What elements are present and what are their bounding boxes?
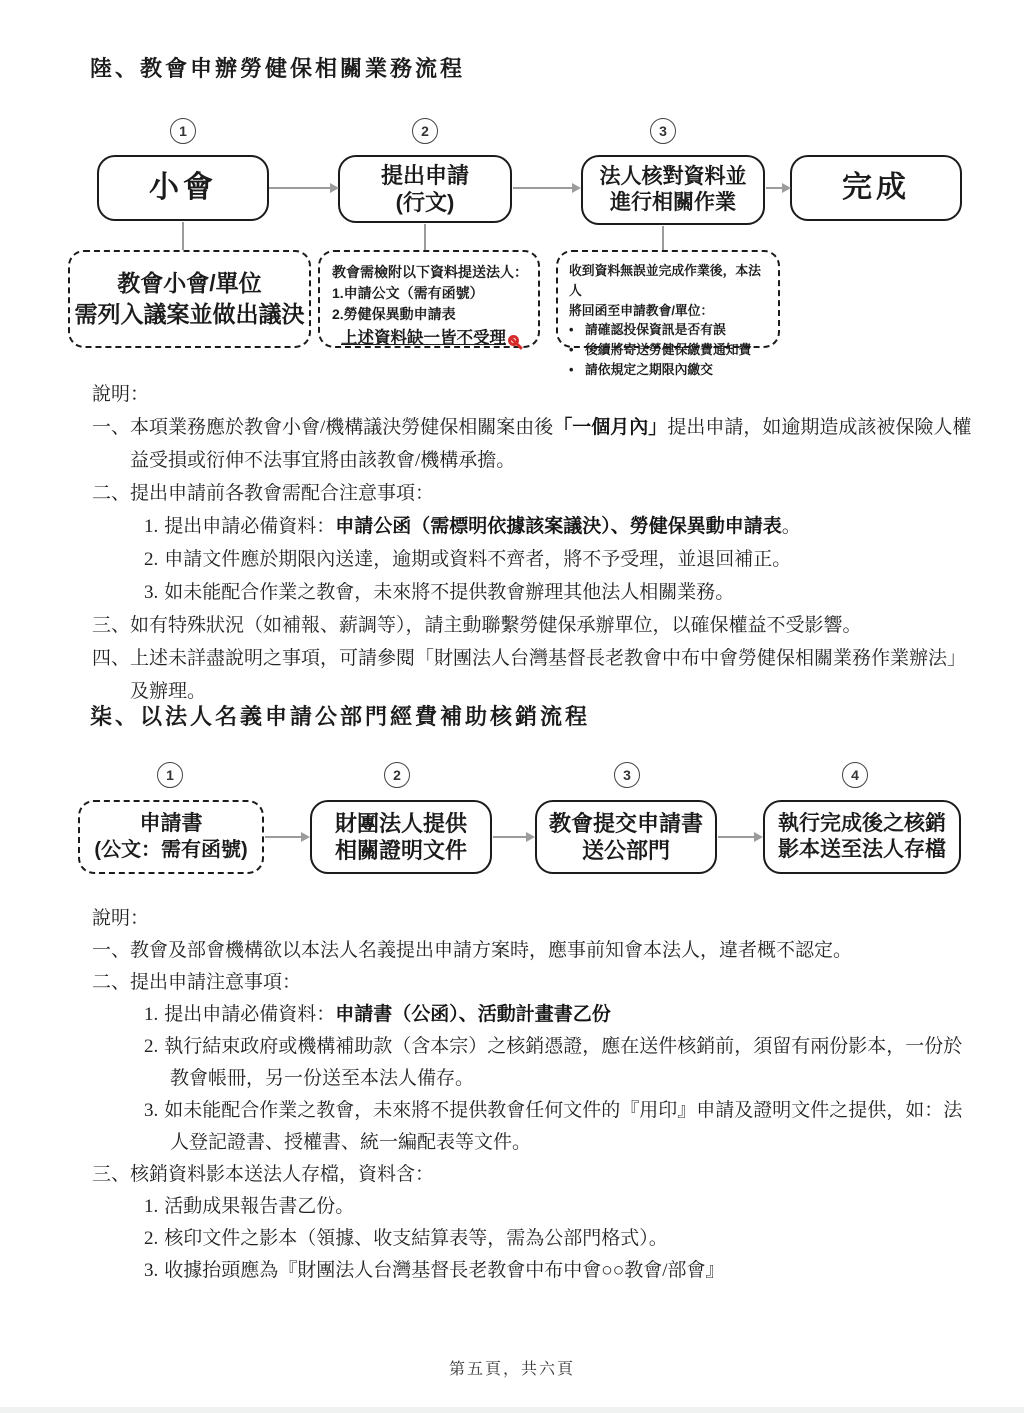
explain-item: 三、核銷資料影本送法人存檔，資料含： [92,1159,980,1191]
flow-step-box: 財團法人提供 相關證明文件 [310,800,492,874]
note-line: 教會小會/單位 [117,268,261,299]
flow-step-label: 教會提交申請書 [549,810,703,838]
explain-item: 一、本項業務應於教會小會/機構議決勞健保相關案由後「一個月內」提出申請，如逾期造… [92,411,980,477]
flow-step-box: 教會提交申請書 送公部門 [535,800,717,874]
flow-step-label: 申請書 [140,811,203,837]
explain-item: 四、上述未詳盡說明之事項，可請參閱「財團法人台灣基督長老教會中布中會勞健保相關業… [92,642,980,708]
flow-step-label: 小會 [149,169,217,207]
step-number-badge: 1 [157,762,183,788]
step-number-badge: 1 [170,118,196,144]
arrow-right-icon [718,836,761,838]
flow-step-box: 申請書 (公文：需有函號) [78,800,264,874]
page-number: 第五頁，共六頁 [0,1356,1024,1379]
arrow-right-icon [269,187,337,189]
flow-step-box: 法人核對資料並 進行相關作業 [581,155,765,225]
step-number-badge: 4 [842,762,868,788]
explain-item: 三、如有特殊狀況（如補報、薪調等），請主動聯繫勞健保承辦單位，以確保權益不受影響… [92,609,980,642]
explain-subitem: 1.活動成果報告書乙份。 [144,1191,980,1223]
explain-subitem: 3.收據抬頭應為『財團法人台灣基督長老教會中布中會○○教會/部會』 [144,1255,980,1287]
section2-heading: 柒、以法人名義申請公部門經費補助核銷流程 [90,700,590,731]
note-line: 需列入議案並做出議決 [75,299,305,330]
section1-explanation: 說明： 一、本項業務應於教會小會/機構議決勞健保相關案由後「一個月內」提出申請，… [92,378,980,708]
bullet-icon: • [569,340,585,360]
note-line: 2.勞健保異動申請表 [332,304,528,325]
flow-step-label: 進行相關作業 [610,190,736,216]
connector-line [424,224,426,251]
flow-step-box: 小會 [97,155,269,221]
flow-step-label: 相關證明文件 [335,837,467,865]
step-number-badge: 3 [614,762,640,788]
flow-step-label: 提出申請 [381,162,469,190]
explain-subitem: 2.核印文件之影本（領據、收支結算表等，需為公部門格式）。 [144,1223,980,1255]
flow-step-label: 財團法人提供 [335,810,467,838]
note-line: 1.申請公文（需有函號） [332,283,528,304]
flow-note-reply: 收到資料無誤並完成作業後，本法人 將回函至申請教會/單位： •請確認投保資訊是否… [556,250,780,348]
flow-step-box: 完成 [790,155,962,221]
flowchart-subsidy-reimbursement: 1 2 3 4 申請書 (公文：需有函號) 財團法人提供 相關證明文件 教會提交… [0,753,1024,893]
flow-step-label: 完成 [842,169,910,207]
flow-step-box: 提出申請 (行文) [338,155,512,223]
flow-step-label: (行文) [396,189,455,217]
flow-step-label: 影本送至法人存檔 [778,837,946,863]
explain-subitem: 1.提出申請必備資料：申請書（公函）、活動計畫書乙份 [144,999,980,1031]
note-bullet: •後續將寄送勞健保繳費通知費 [569,340,770,360]
flow-step-label: (公文：需有函號) [94,838,247,863]
note-bullet: •請確認投保資訊是否有誤 [569,320,770,340]
flow-note-resolution: 教會小會/單位 需列入議案並做出議決 [68,250,311,348]
section1-heading: 陸、教會申辦勞健保相關業務流程 [90,52,465,83]
arrow-right-icon [265,836,308,838]
note-line: 將回函至申請教會/單位： [569,301,770,321]
explain-subitem: 3.如未能配合作業之教會，未來將不提供教會任何文件的『用印』申請及證明文件之提供… [144,1095,980,1159]
scan-edge [0,1407,1024,1413]
step-number-badge: 3 [650,118,676,144]
explain-subitem: 2.申請文件應於期限內送達，逾期或資料不齊者，將不予受理，並退回補正。 [144,543,980,576]
explain-item: 二、提出申請注意事項： [92,967,980,999]
section2-explanation: 說明： 一、教會及部會機構欲以本法人名義提出申請方案時，應事前知會本法人，違者概… [92,903,980,1287]
bullet-icon: • [569,360,585,380]
explain-subitem: 3.如未能配合作業之教會，未來將不提供教會辦理其他法人相關業務。 [144,576,980,609]
connector-line [662,226,664,251]
step-number-badge: 2 [384,762,410,788]
explain-subitem: 2.執行結束政府或機構補助款（含本宗）之核銷憑證，應在送件核銷前，須留有兩份影本… [144,1031,980,1095]
explain-label: 說明： [92,378,980,411]
arrow-right-icon [766,187,789,189]
note-line: 教會需檢附以下資料提送法人： [332,262,528,283]
explain-subitem: 1.提出申請必備資料：申請公函（需標明依據該案議決）、勞健保異動申請表。 [144,510,980,543]
flowchart-labor-insurance: 1 2 3 小會 提出申請 (行文) 法人核對資料並 進行相關作業 完成 教會小… [0,110,1024,360]
bullet-icon: • [569,320,585,340]
step-number-badge: 2 [412,118,438,144]
flow-step-label: 執行完成後之核銷 [778,811,946,837]
note-line: 收到資料無誤並完成作業後，本法人 [569,261,770,301]
explain-label: 說明： [92,903,980,935]
prohibited-icon [508,335,519,346]
document-page: 陸、教會申辦勞健保相關業務流程 1 2 3 小會 提出申請 (行文) 法人核對資… [0,0,1024,1413]
note-bullet: •請依規定之期限內繳交 [569,360,770,380]
arrow-right-icon [493,836,533,838]
explain-item: 一、教會及部會機構欲以本法人名義提出申請方案時，應事前知會本法人，違者概不認定。 [92,935,980,967]
flow-step-label: 法人核對資料並 [600,164,747,190]
explain-item: 二、提出申請前各教會需配合注意事項： [92,477,980,510]
flow-step-box: 執行完成後之核銷 影本送至法人存檔 [763,800,961,874]
warning-line: 上述資料缺一皆不受理 [332,326,528,351]
flow-step-label: 送公部門 [582,837,670,865]
warning-text: 上述資料缺一皆不受理 [341,329,506,347]
flow-note-required-documents: 教會需檢附以下資料提送法人： 1.申請公文（需有函號） 2.勞健保異動申請表 上… [318,250,540,348]
connector-line [182,222,184,251]
arrow-right-icon [513,187,579,189]
